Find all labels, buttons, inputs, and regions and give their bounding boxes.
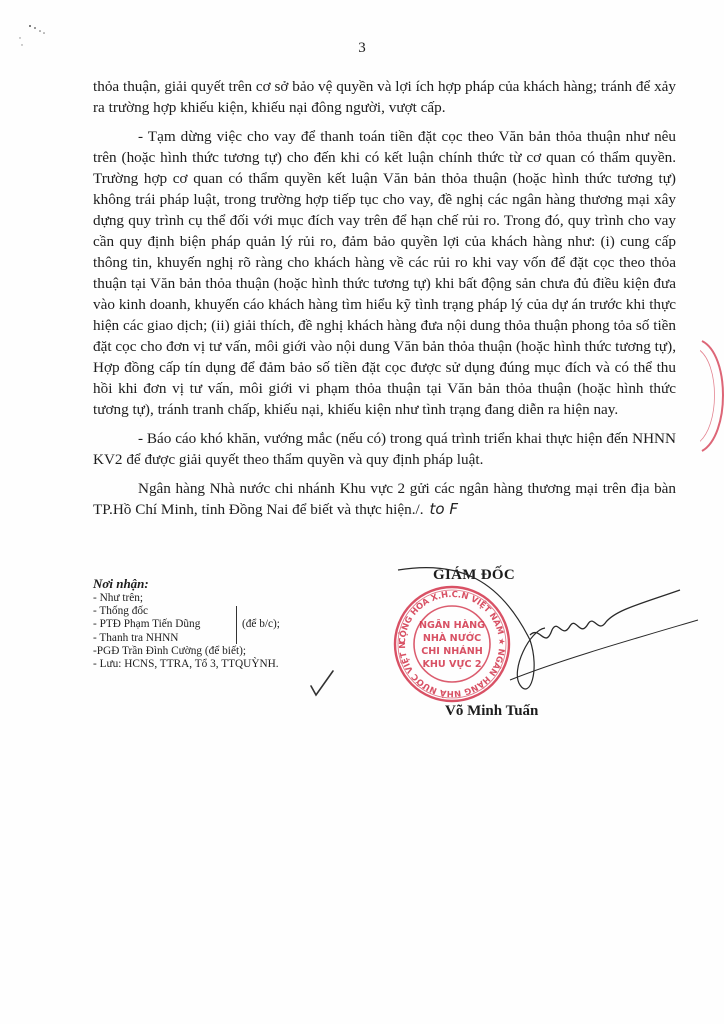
page-number: 3: [0, 40, 724, 57]
stamp-line: KHU VỰC 2: [422, 659, 481, 670]
body-text: thỏa thuận, giải quyết trên cơ sở bảo vệ…: [93, 76, 676, 528]
recipient-line: - Như trên;: [93, 592, 373, 605]
signer-title: GIÁM ĐỐC: [433, 567, 515, 584]
stamp-line: CHI NHÁNH: [421, 644, 483, 657]
recipient-line: - Thống đốc: [93, 605, 373, 618]
group-bracket: [236, 606, 237, 644]
recipient-group: - Thống đốc - PTĐ Phạm Tiến Dũng - Thanh…: [93, 605, 373, 645]
paragraph-2: - Tạm dừng việc cho vay để thanh toán ti…: [93, 126, 676, 420]
paragraph-1: thỏa thuận, giải quyết trên cơ sở bảo vệ…: [93, 76, 676, 118]
stamp-line: NHÀ NƯỚC: [423, 631, 481, 644]
paragraph-4-text: Ngân hàng Nhà nước chi nhánh Khu vực 2 g…: [93, 480, 676, 518]
stamp-line: NGÂN HÀNG: [419, 618, 485, 631]
handwritten-initials: to F: [430, 500, 458, 518]
recipient-line: - Thanh tra NHNN: [93, 632, 373, 645]
signer-name: Võ Minh Tuấn: [445, 703, 538, 720]
official-stamp: CỘNG HÒA X.H.C.N VIỆT NAM ★ NGÂN HÀNG NH…: [392, 584, 512, 704]
checkmark-icon: [308, 668, 336, 698]
group-note: (để b/c);: [242, 618, 280, 631]
recipient-line: -PGĐ Trần Đình Cường (để biết);: [93, 645, 373, 658]
partial-stamp-edge: [700, 335, 724, 455]
recipients-block: Nơi nhận: - Như trên; - Thống đốc - PTĐ …: [93, 576, 373, 671]
paragraph-4: Ngân hàng Nhà nước chi nhánh Khu vực 2 g…: [93, 478, 676, 520]
paragraph-3: - Báo cáo khó khăn, vướng mắc (nếu có) t…: [93, 428, 676, 470]
recipients-title: Nơi nhận:: [93, 576, 373, 592]
document-page: 3 thỏa thuận, giải quyết trên cơ sở bảo …: [0, 0, 724, 1024]
recipient-line: - PTĐ Phạm Tiến Dũng: [93, 618, 373, 631]
